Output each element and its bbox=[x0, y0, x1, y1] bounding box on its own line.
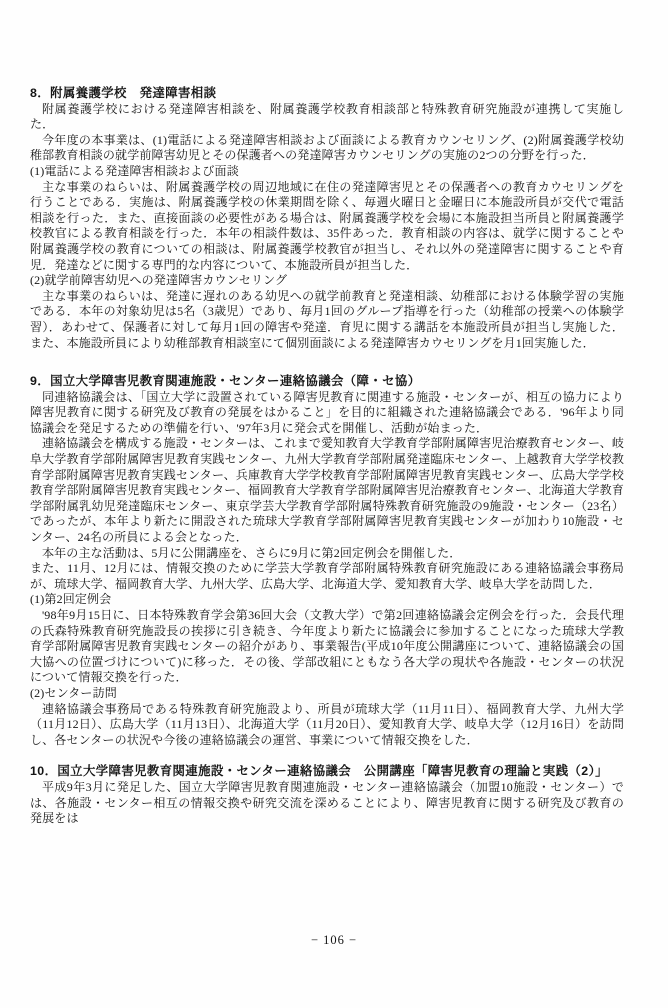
section-9-subheading-1: (1)第2回定例会 bbox=[30, 592, 624, 608]
section-9-subheading-2: (2)センター訪問 bbox=[30, 686, 624, 702]
document-page: 8．附属養護学校 発達障害相談 附属養護学校における発達障害相談を、附属養護学校… bbox=[0, 0, 668, 1008]
section-9-paragraph-5: '98年9月15日に、日本特殊教育学会第36回大会（文教大学）で第2回連絡協議会… bbox=[30, 608, 624, 686]
section-8-subheading-2: (2)就学前障害幼児への発達障害カウンセリング bbox=[30, 273, 624, 289]
section-8-paragraph-2: 今年度の本事業は、(1)電話による発達障害相談および面談による教育カウンセリング… bbox=[30, 133, 624, 164]
section-9-paragraph-1: 同連絡協議会は、「国立大学に設置されている障害児教育に関連する施設・センターが、… bbox=[30, 390, 624, 437]
section-8-paragraph-4: 主な事業のねらいは、発達に遅れのある幼児への就学前教育と発達相談、幼稚部における… bbox=[30, 289, 624, 351]
section-9-heading: 9．国立大学障害児教育関連施設・センター連絡協議会（障・セ協） bbox=[30, 374, 624, 390]
section-8-heading: 8．附属養護学校 発達障害相談 bbox=[30, 86, 624, 102]
section-9-paragraph-3: 本年の主な活動は、5月に公開講座を、さらに9月に第2回定例会を開催した． bbox=[30, 546, 624, 562]
page-number: − 106 − bbox=[0, 933, 668, 948]
section-9-paragraph-4: また、11月、12月には、情報交換のために学芸大学教育学部附属特殊教育研究施設に… bbox=[30, 561, 624, 592]
section-9-paragraph-6: 連絡協議会事務局である特殊教育研究施設より、所員が琉球大学（11月11日）、福岡… bbox=[30, 702, 624, 749]
section-8-subheading-1: (1)電話による発達障害相談および面談 bbox=[30, 164, 624, 180]
section-10-heading: 10．国立大学障害児教育関連施設・センター連絡協議会 公開講座「障害児教育の理論… bbox=[30, 764, 624, 780]
section-10-paragraph-1: 平成9年3月に発足した、国立大学障害児教育関連施設・センター連絡協議会（加盟10… bbox=[30, 780, 624, 827]
section-8-paragraph-1: 附属養護学校における発達障害相談を、附属養護学校教育相談部と特殊教育研究施設が連… bbox=[30, 102, 624, 133]
section-9-paragraph-2: 連絡協議会を構成する施設・センターは、これまで愛知教育大学教育学部附属障害児治療… bbox=[30, 436, 624, 545]
section-8-paragraph-3: 主な事業のねらいは、附属養護学校の周辺地域に在住の発達障害児とその保護者への教育… bbox=[30, 180, 624, 274]
